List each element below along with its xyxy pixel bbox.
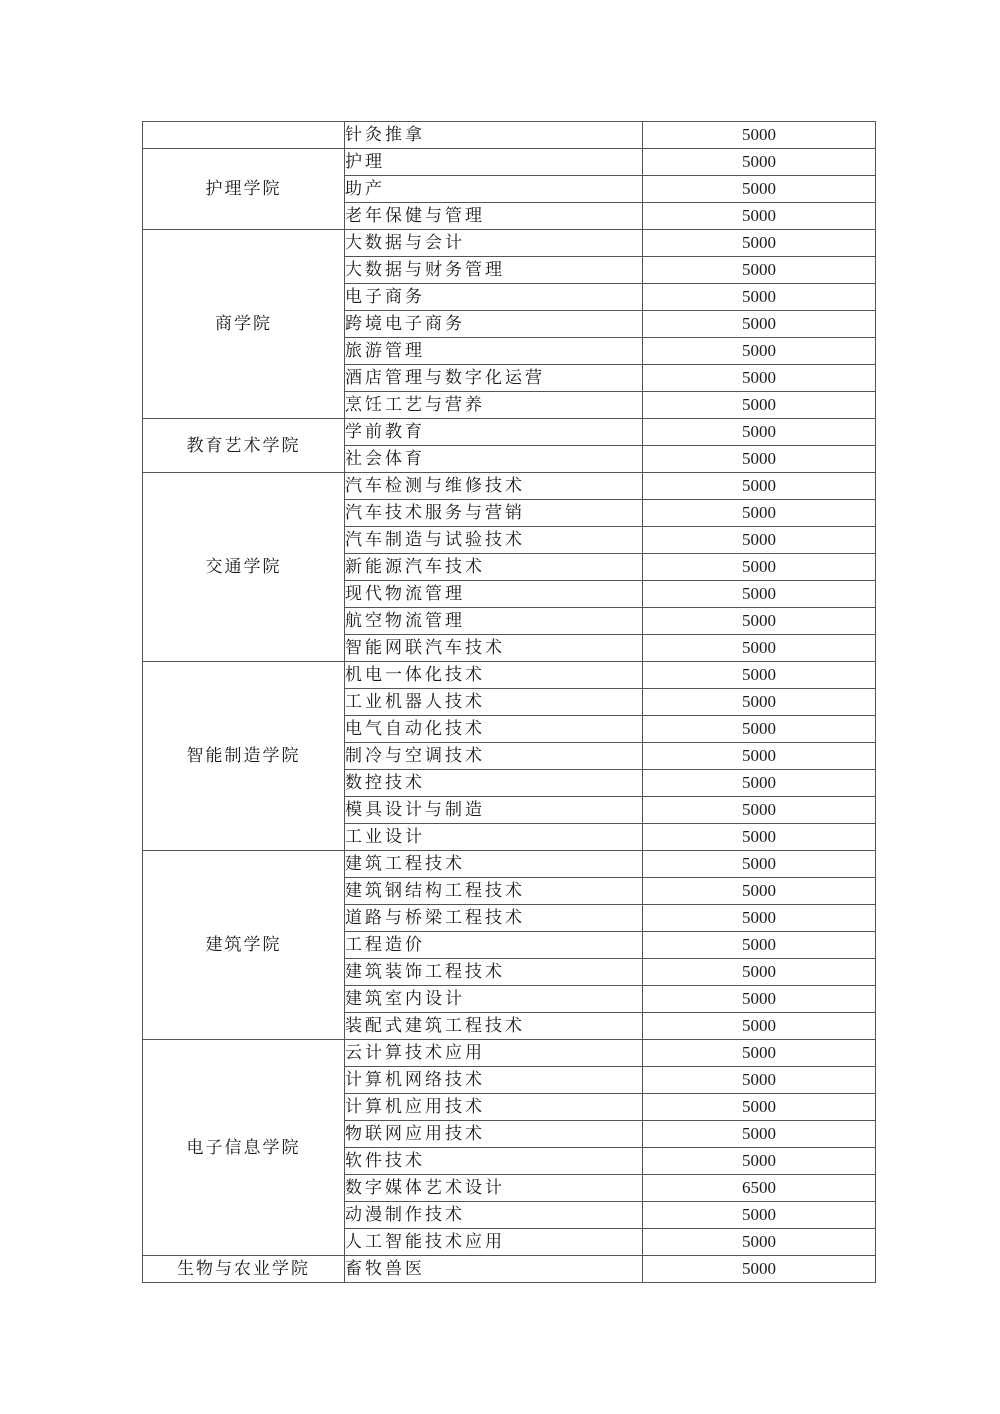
- major-cell: 建筑钢结构工程技术: [345, 878, 643, 905]
- major-cell: 学前教育: [345, 419, 643, 446]
- major-cell: 物联网应用技术: [345, 1121, 643, 1148]
- fee-cell: 5000: [643, 635, 876, 662]
- college-cell: [143, 122, 345, 149]
- fee-cell: 5000: [643, 554, 876, 581]
- table-row: 交通学院汽车检测与维修技术5000: [143, 473, 876, 500]
- major-cell: 数控技术: [345, 770, 643, 797]
- major-cell: 数字媒体艺术设计: [345, 1175, 643, 1202]
- fee-cell: 5000: [643, 311, 876, 338]
- major-cell: 汽车检测与维修技术: [345, 473, 643, 500]
- fee-cell: 5000: [643, 959, 876, 986]
- table-row: 护理学院护理5000: [143, 149, 876, 176]
- major-cell: 大数据与会计: [345, 230, 643, 257]
- major-cell: 电气自动化技术: [345, 716, 643, 743]
- major-cell: 计算机网络技术: [345, 1067, 643, 1094]
- tuition-fee-table-body: 针灸推拿5000护理学院护理5000助产5000老年保健与管理5000商学院大数…: [143, 122, 876, 1283]
- fee-cell: 5000: [643, 689, 876, 716]
- major-cell: 软件技术: [345, 1148, 643, 1175]
- fee-cell: 5000: [643, 392, 876, 419]
- major-cell: 道路与桥梁工程技术: [345, 905, 643, 932]
- fee-cell: 5000: [643, 770, 876, 797]
- fee-cell: 5000: [643, 581, 876, 608]
- fee-cell: 5000: [643, 824, 876, 851]
- fee-cell: 5000: [643, 986, 876, 1013]
- fee-cell: 5000: [643, 851, 876, 878]
- major-cell: 护理: [345, 149, 643, 176]
- college-cell: 建筑学院: [143, 851, 345, 1040]
- fee-cell: 5000: [643, 743, 876, 770]
- major-cell: 电子商务: [345, 284, 643, 311]
- fee-cell: 5000: [643, 365, 876, 392]
- fee-cell: 5000: [643, 419, 876, 446]
- fee-cell: 5000: [643, 608, 876, 635]
- major-cell: 针灸推拿: [345, 122, 643, 149]
- fee-cell: 5000: [643, 716, 876, 743]
- major-cell: 动漫制作技术: [345, 1202, 643, 1229]
- major-cell: 社会体育: [345, 446, 643, 473]
- major-cell: 人工智能技术应用: [345, 1229, 643, 1256]
- fee-cell: 5000: [643, 527, 876, 554]
- college-cell: 生物与农业学院: [143, 1256, 345, 1283]
- fee-cell: 5000: [643, 1040, 876, 1067]
- major-cell: 工业机器人技术: [345, 689, 643, 716]
- major-cell: 建筑室内设计: [345, 986, 643, 1013]
- major-cell: 旅游管理: [345, 338, 643, 365]
- fee-cell: 5000: [643, 797, 876, 824]
- major-cell: 新能源汽车技术: [345, 554, 643, 581]
- fee-cell: 5000: [643, 176, 876, 203]
- fee-cell: 5000: [643, 662, 876, 689]
- fee-cell: 5000: [643, 905, 876, 932]
- document-page: 针灸推拿5000护理学院护理5000助产5000老年保健与管理5000商学院大数…: [0, 0, 1000, 1414]
- major-cell: 制冷与空调技术: [345, 743, 643, 770]
- college-cell: 商学院: [143, 230, 345, 419]
- major-cell: 机电一体化技术: [345, 662, 643, 689]
- major-cell: 计算机应用技术: [345, 1094, 643, 1121]
- fee-cell: 5000: [643, 149, 876, 176]
- table-row: 电子信息学院云计算技术应用5000: [143, 1040, 876, 1067]
- fee-cell: 5000: [643, 446, 876, 473]
- table-row: 针灸推拿5000: [143, 122, 876, 149]
- fee-cell: 5000: [643, 284, 876, 311]
- table-row: 教育艺术学院学前教育5000: [143, 419, 876, 446]
- major-cell: 汽车制造与试验技术: [345, 527, 643, 554]
- fee-cell: 5000: [643, 473, 876, 500]
- major-cell: 装配式建筑工程技术: [345, 1013, 643, 1040]
- major-cell: 建筑装饰工程技术: [345, 959, 643, 986]
- major-cell: 工程造价: [345, 932, 643, 959]
- major-cell: 航空物流管理: [345, 608, 643, 635]
- major-cell: 畜牧兽医: [345, 1256, 643, 1283]
- major-cell: 模具设计与制造: [345, 797, 643, 824]
- fee-cell: 5000: [643, 203, 876, 230]
- college-cell: 交通学院: [143, 473, 345, 662]
- fee-cell: 5000: [643, 1013, 876, 1040]
- fee-cell: 5000: [643, 230, 876, 257]
- table-row: 商学院大数据与会计5000: [143, 230, 876, 257]
- major-cell: 云计算技术应用: [345, 1040, 643, 1067]
- major-cell: 现代物流管理: [345, 581, 643, 608]
- major-cell: 汽车技术服务与营销: [345, 500, 643, 527]
- fee-cell: 5000: [643, 500, 876, 527]
- fee-cell: 5000: [643, 1202, 876, 1229]
- major-cell: 酒店管理与数字化运营: [345, 365, 643, 392]
- fee-cell: 5000: [643, 1094, 876, 1121]
- college-cell: 护理学院: [143, 149, 345, 230]
- fee-cell: 5000: [643, 1148, 876, 1175]
- major-cell: 跨境电子商务: [345, 311, 643, 338]
- fee-cell: 5000: [643, 1121, 876, 1148]
- college-cell: 教育艺术学院: [143, 419, 345, 473]
- major-cell: 工业设计: [345, 824, 643, 851]
- tuition-fee-table: 针灸推拿5000护理学院护理5000助产5000老年保健与管理5000商学院大数…: [142, 121, 876, 1283]
- fee-cell: 5000: [643, 257, 876, 284]
- college-cell: 智能制造学院: [143, 662, 345, 851]
- fee-cell: 5000: [643, 338, 876, 365]
- table-row: 智能制造学院机电一体化技术5000: [143, 662, 876, 689]
- fee-cell: 5000: [643, 1067, 876, 1094]
- fee-cell: 5000: [643, 122, 876, 149]
- major-cell: 烹饪工艺与营养: [345, 392, 643, 419]
- fee-cell: 5000: [643, 1229, 876, 1256]
- fee-cell: 6500: [643, 1175, 876, 1202]
- fee-cell: 5000: [643, 878, 876, 905]
- table-row: 生物与农业学院畜牧兽医5000: [143, 1256, 876, 1283]
- fee-cell: 5000: [643, 932, 876, 959]
- major-cell: 助产: [345, 176, 643, 203]
- major-cell: 建筑工程技术: [345, 851, 643, 878]
- college-cell: 电子信息学院: [143, 1040, 345, 1256]
- major-cell: 智能网联汽车技术: [345, 635, 643, 662]
- fee-cell: 5000: [643, 1256, 876, 1283]
- major-cell: 老年保健与管理: [345, 203, 643, 230]
- major-cell: 大数据与财务管理: [345, 257, 643, 284]
- table-row: 建筑学院建筑工程技术5000: [143, 851, 876, 878]
